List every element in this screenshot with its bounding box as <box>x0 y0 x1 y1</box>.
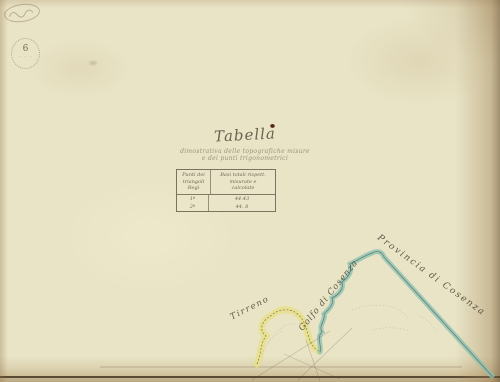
survey-line <box>252 331 330 380</box>
hachure <box>262 324 296 355</box>
survey-line <box>298 328 352 380</box>
table-row: 1º 44.43 <box>177 195 275 203</box>
survey-lines <box>252 328 352 381</box>
table-header-col2: Basi totali rispett. misurate e calcolat… <box>211 170 275 194</box>
col1-header-line1: Punti dei <box>178 172 209 179</box>
subtitle-line-1: dimostrativa delle topografiche misure <box>160 148 330 155</box>
measurement-table: Punti dei triangoli Regi Basi totali ris… <box>176 169 276 212</box>
hachure <box>420 316 436 332</box>
map-sheet: 6 · · · Tabella dimostrativa delle topog… <box>0 0 500 382</box>
hachure <box>268 331 284 344</box>
stamp-squiggle-path <box>9 9 34 18</box>
hachure <box>372 328 408 331</box>
oval-stamp-squiggle <box>4 4 38 22</box>
row2-point: 2º <box>177 203 209 211</box>
row2-value: 44. 8 <box>209 203 275 211</box>
gulf-label: Golfo di Cosenza <box>297 258 360 333</box>
terrain-hachures <box>262 305 436 355</box>
col1-header-line3: Regi <box>178 185 209 192</box>
map-title: Tabella <box>160 122 331 149</box>
table-row: 2º 44. 8 <box>177 203 275 211</box>
round-stamp: 6 · · · <box>11 38 40 69</box>
sea-label: Tirreno <box>229 294 272 322</box>
col2-header-line3: calcolate <box>212 185 274 192</box>
col2-header-line1: Basi totali rispett. <box>212 172 274 179</box>
row1-point: 1º <box>177 195 209 203</box>
hachure <box>352 305 408 318</box>
title-block: Tabella dimostrativa delle topografiche … <box>160 126 330 162</box>
survey-line <box>306 340 320 381</box>
row1-value: 44.43 <box>209 195 275 203</box>
table-header-row: Punti dei triangoli Regi Basi totali ris… <box>177 170 275 195</box>
round-stamp-marks: · · · <box>12 55 39 60</box>
table-header-col1: Punti dei triangoli Regi <box>177 170 211 194</box>
subtitle-line-2: e dei punti trigonometrici <box>160 155 330 162</box>
oval-stamp <box>3 2 41 25</box>
province-label: Provincia di Cosenza <box>375 233 487 318</box>
survey-line <box>284 354 340 379</box>
map-subtitle: dimostrativa delle topografiche misure e… <box>160 148 330 162</box>
